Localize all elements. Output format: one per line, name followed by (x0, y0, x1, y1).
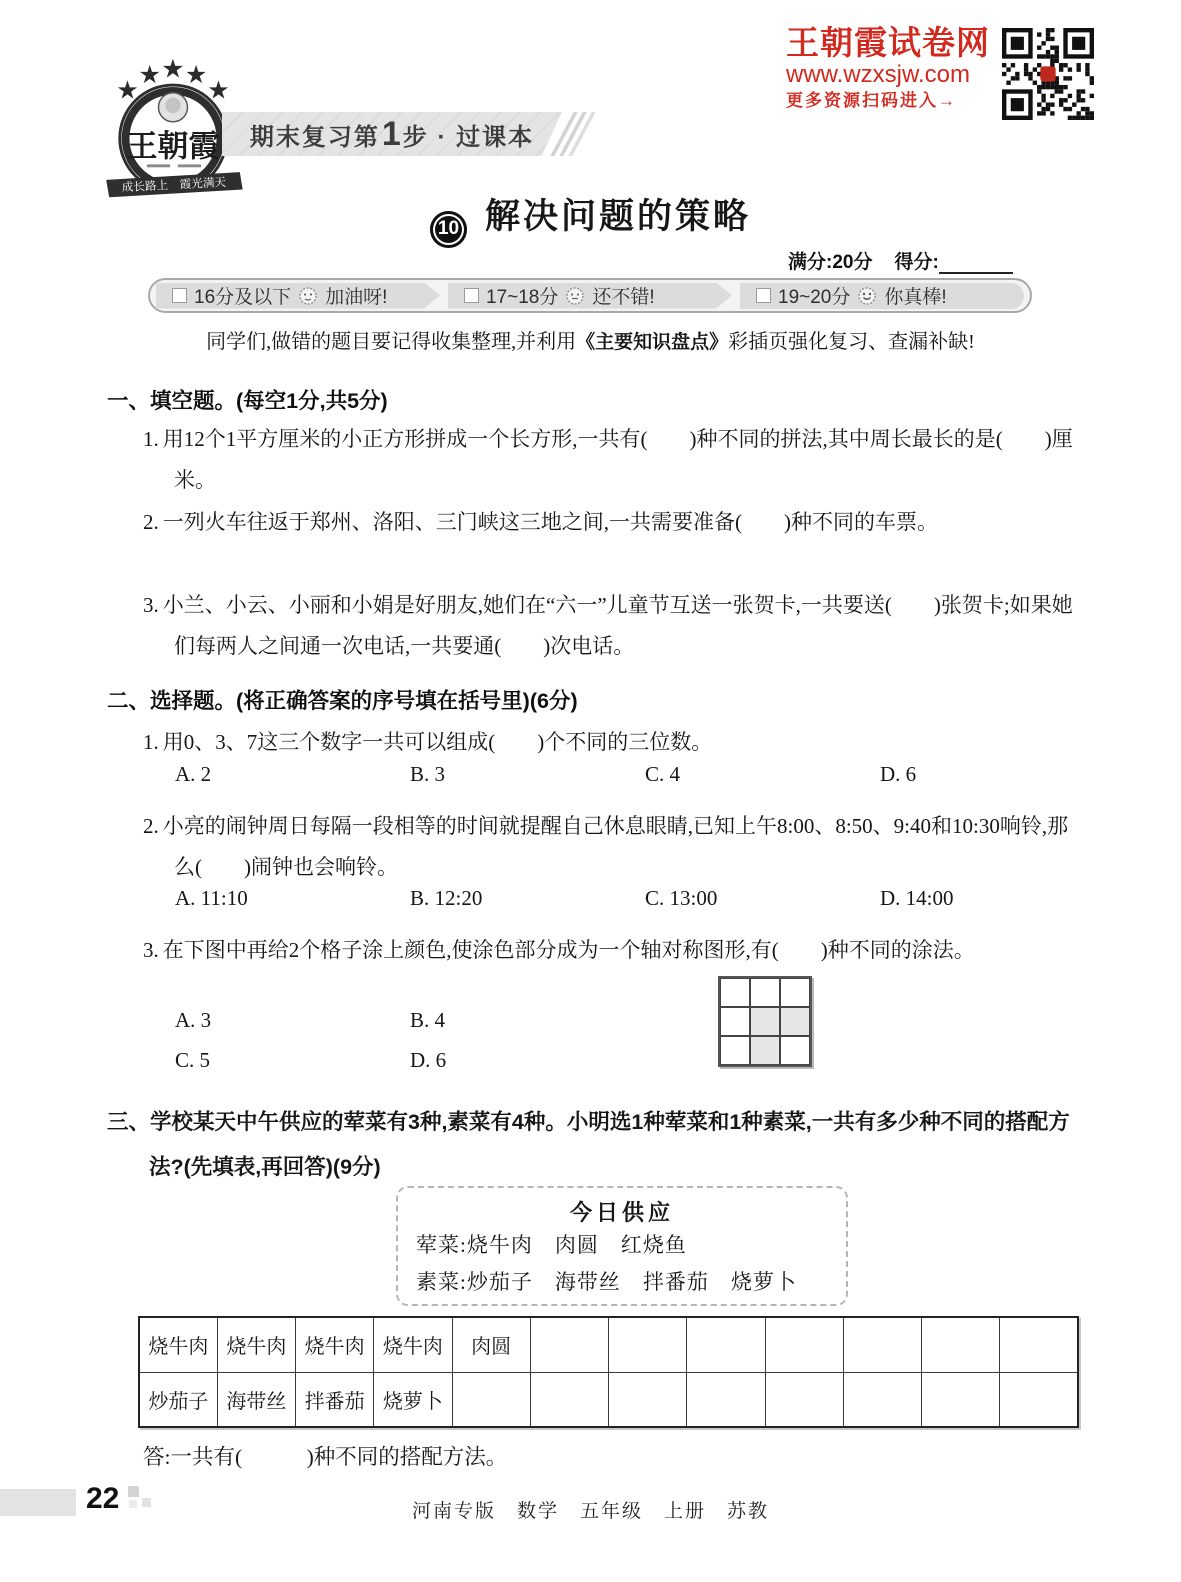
banner-stripe-decoration (558, 112, 598, 156)
svg-text:★: ★ (185, 62, 208, 89)
notice-post: 彩插页强化复习、查漏补缺! (728, 331, 975, 353)
brand-site-name: 王朝霞试卷网 (786, 26, 996, 61)
rating-segment-high: 19~20分 你真棒! (740, 283, 1024, 309)
brand-scan-cta: 更多资源扫码进入→ (786, 89, 996, 113)
teacher-notice: 同学们,做错的题目要记得收集整理,并利用《主要知识盘点》彩插页强化复习、查漏补缺… (0, 325, 1181, 354)
section1-heading: 一、填空题。(每空1分,共5分) (107, 384, 388, 415)
rating-phrase-mid: 还不错! (592, 282, 654, 309)
combo-table-cell (530, 1372, 608, 1427)
rating-checkbox-high[interactable] (756, 288, 771, 303)
combo-table-cell (530, 1317, 608, 1372)
svg-text:★: ★ (138, 62, 161, 89)
rating-phrase-high: 你真棒! (884, 282, 946, 309)
s2-question-1: 1.用0、3、7这三个数字一共可以组成( )个不同的三位数。 (143, 722, 1081, 763)
question-number: 3. (143, 593, 159, 617)
s2-question-2: 2.小亮的闹钟周日每隔一段相等的时间就提醒自己休息眼睛,已知上午8:00、8:5… (143, 806, 1081, 888)
notice-bold: 《主要知识盘点》 (576, 332, 728, 353)
combo-table-cell (452, 1372, 530, 1427)
combo-table-cell (1000, 1317, 1078, 1372)
question-number: 2. (143, 510, 159, 534)
question-text: 小亮的闹钟周日每隔一段相等的时间就提醒自己休息眼睛,已知上午8:00、8:50、… (163, 814, 1068, 879)
option-d: D. 6 (880, 762, 1115, 787)
page-title-row: 10 解决问题的策略 (0, 189, 1181, 248)
svg-text:★: ★ (161, 56, 184, 83)
rating-range-mid: 17~18分 (486, 282, 558, 309)
banner-suffix: 步 · 过课本 (403, 117, 534, 152)
combo-table-cell (922, 1372, 1000, 1427)
menu-meat-line: 荤菜:烧牛肉 肉圆 红烧鱼 (416, 1227, 828, 1264)
option-a: A. 11:10 (175, 886, 410, 911)
rating-phrase-low: 加油呀! (325, 282, 387, 309)
brand-block: 王朝霞试卷网 www.wzxsjw.com 更多资源扫码进入→ (786, 26, 996, 113)
rating-range-low: 16分及以下 (194, 282, 291, 309)
earned-score-blank[interactable] (939, 254, 1013, 274)
s2-q3-options-row2: C. 5 D. 6 (175, 1048, 1081, 1073)
banner-step-number: 1 (382, 115, 401, 154)
symmetry-grid-cell (780, 978, 810, 1007)
option-c: C. 5 (175, 1048, 410, 1073)
question-number: 1. (143, 730, 159, 754)
happy-smiley-icon (857, 286, 877, 306)
menu-title: 今日供应 (416, 1196, 828, 1227)
option-d: D. 6 (410, 1048, 645, 1073)
question-text: 用12个1平方厘米的小正方形拼成一个长方形,一共有( )种不同的拼法,其中周长最… (163, 427, 1073, 492)
s2-question-3: 3.在下图中再给2个格子涂上颜色,使涂色部分成为一个轴对称图形,有( )种不同的… (143, 930, 1081, 971)
option-b: B. 12:20 (410, 886, 645, 911)
option-c: C. 13:00 (645, 886, 880, 911)
header-step-banner: 期末复习第 1 步 · 过课本 (222, 112, 562, 156)
page-title: 解决问题的策略 (485, 197, 751, 236)
ok-smiley-icon (565, 286, 585, 306)
sweat-smiley-icon (298, 286, 318, 306)
s2-q3-options-row1: A. 3 B. 4 (175, 1008, 1081, 1033)
question-text: 小兰、小云、小丽和小娟是好朋友,她们在“六一”儿童节互送一张贺卡,一共要送( )… (163, 593, 1073, 658)
question-text: 在下图中再给2个格子涂上颜色,使涂色部分成为一个轴对称图形,有( )种不同的涂法… (163, 938, 975, 962)
option-c: C. 4 (645, 762, 880, 787)
brand-site-url: www.wzxsjw.com (786, 61, 996, 90)
combo-table-cell: 炒茄子 (139, 1372, 217, 1427)
combo-table-cell: 烧牛肉 (296, 1317, 374, 1372)
rating-checkbox-low[interactable] (172, 288, 187, 303)
rating-segment-low: 16分及以下 加油呀! (156, 283, 440, 309)
symmetry-grid-cell (720, 978, 750, 1007)
s2-q1-options: A. 2 B. 3 C. 4 D. 6 (175, 762, 1081, 787)
combo-table-cell (765, 1372, 843, 1427)
rating-range-high: 19~20分 (778, 282, 850, 309)
combo-table-cell (765, 1317, 843, 1372)
symmetry-grid-cell (750, 978, 780, 1007)
badge-title-text: 王朝霞 (127, 129, 220, 164)
question-text: 一列火车往返于郑州、洛阳、三门峡这三地之间,一共需要准备( )种不同的车票。 (163, 510, 938, 534)
footer-edition-meta: 河南专版 数学 五年级 上册 苏教 (0, 1496, 1181, 1523)
option-b: B. 4 (410, 1008, 645, 1033)
rating-checkbox-mid[interactable] (464, 288, 479, 303)
question-text: 用0、3、7这三个数字一共可以组成( )个不同的三位数。 (163, 730, 712, 754)
option-a: A. 3 (175, 1008, 410, 1033)
full-score-label: 满分:20分 (788, 247, 872, 274)
notice-pre: 同学们,做错的题目要记得收集整理,并利用 (206, 331, 576, 353)
combo-table-cell: 烧牛肉 (374, 1317, 452, 1372)
combo-table-cell: 烧牛肉 (139, 1317, 217, 1372)
section2-heading: 二、选择题。(将正确答案的序号填在括号里)(6分) (107, 684, 578, 715)
lesson-number-badge: 10 (430, 211, 467, 248)
s2-q2-options: A. 11:10 B. 12:20 C. 13:00 D. 14:00 (175, 886, 1081, 911)
rating-bar: 16分及以下 加油呀! 17~18分 还不错! 19~20分 (148, 278, 1032, 313)
worksheet-page: ★ ★ ★ ★ ★ 王朝霞 成长路上 霞光满天 期末复习第 1 步 · 过课本 … (0, 0, 1181, 1582)
question-number: 2. (143, 814, 159, 838)
combo-table-cell: 烧牛肉 (217, 1317, 295, 1372)
combo-table-cell: 海带丝 (217, 1372, 295, 1427)
combo-table-cell: 肉圆 (452, 1317, 530, 1372)
s1-question-2: 2.一列火车往返于郑州、洛阳、三门峡这三地之间,一共需要准备( )种不同的车票。 (143, 502, 1081, 543)
combo-table-cell (687, 1317, 765, 1372)
combo-table-cell (843, 1317, 921, 1372)
question-number: 1. (143, 427, 159, 451)
banner-prefix: 期末复习第 (250, 117, 380, 152)
table-row: 烧牛肉烧牛肉烧牛肉烧牛肉肉圆 (139, 1317, 1078, 1372)
option-b: B. 3 (410, 762, 645, 787)
combo-table-cell (843, 1372, 921, 1427)
combo-table-cell: 烧萝卜 (374, 1372, 452, 1427)
combo-table-cell: 拌番茄 (296, 1372, 374, 1427)
combination-table: 烧牛肉烧牛肉烧牛肉烧牛肉肉圆炒茄子海带丝拌番茄烧萝卜 (138, 1316, 1079, 1428)
section3-heading: 三、学校某天中午供应的荤菜有3种,素菜有4种。小明选1种荤菜和1种素菜,一共有多… (107, 1100, 1081, 1190)
combo-table-cell (609, 1317, 687, 1372)
combo-table-cell (687, 1372, 765, 1427)
table-row: 炒茄子海带丝拌番茄烧萝卜 (139, 1372, 1078, 1427)
option-d: D. 14:00 (880, 886, 1115, 911)
s1-question-3: 3.小兰、小云、小丽和小娟是好朋友,她们在“六一”儿童节互送一张贺卡,一共要送(… (143, 585, 1081, 667)
answer-line: 答:一共有( )种不同的搭配方法。 (143, 1440, 507, 1471)
menu-box: 今日供应 荤菜:烧牛肉 肉圆 红烧鱼 素菜:炒茄子 海带丝 拌番茄 烧萝卜 (396, 1186, 848, 1306)
option-a: A. 2 (175, 762, 410, 787)
question-number: 3. (143, 938, 159, 962)
score-line: 满分:20分 得分: (788, 247, 1013, 274)
combo-table-cell (609, 1372, 687, 1427)
qr-code (1002, 28, 1094, 120)
combo-table-cell (1000, 1372, 1078, 1427)
earned-score-label: 得分: (894, 247, 938, 274)
s1-question-1: 1.用12个1平方厘米的小正方形拼成一个长方形,一共有( )种不同的拼法,其中周… (143, 419, 1081, 501)
menu-veg-line: 素菜:炒茄子 海带丝 拌番茄 烧萝卜 (416, 1264, 828, 1301)
rating-segment-mid: 17~18分 还不错! (448, 283, 732, 309)
combo-table-cell (922, 1317, 1000, 1372)
